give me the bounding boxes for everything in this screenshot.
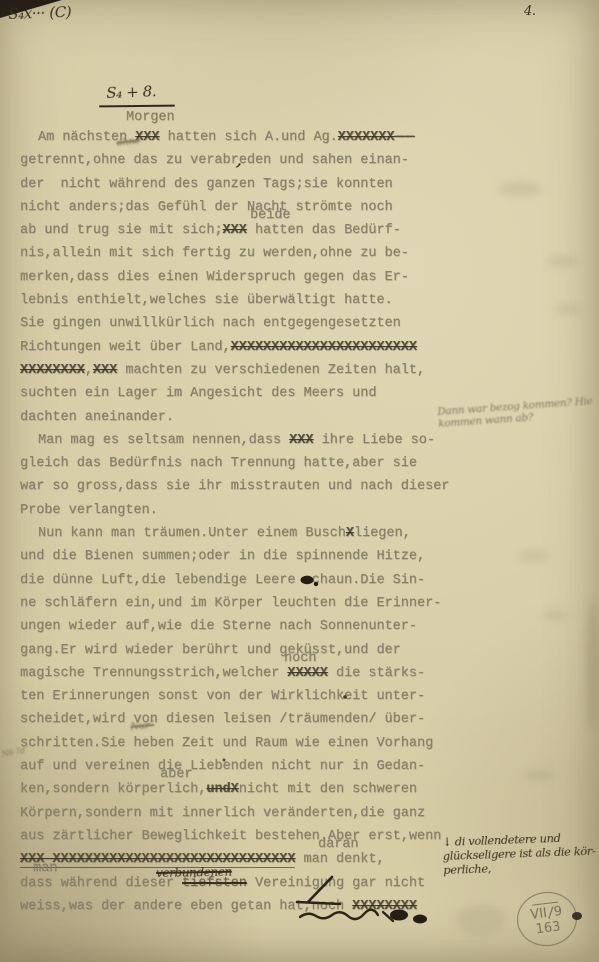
- typescript-line: ungen wieder auf,wie die Sterne nach Son…: [20, 615, 490, 638]
- typescript-line: ken,sondern körperlich,undXnicht mit den…: [20, 778, 490, 801]
- paper-smudge: [543, 610, 569, 620]
- manuscript-page: Morgen Am nächsten XXX hatten sich A.und…: [0, 0, 599, 962]
- typed-text: hatten das Bedürf-: [247, 223, 401, 238]
- struck-text: undX: [206, 782, 238, 797]
- struck-text: XXXXXXXX: [20, 363, 85, 378]
- paper-smudge: [554, 304, 582, 314]
- typed-title: Morgen: [126, 110, 175, 125]
- typed-text: man denkt,: [295, 852, 384, 867]
- stamp-slash-icon: /: [548, 906, 553, 921]
- typescript-line: XXX XXXXXXXXXXXXXXXXXXXXXXXXXXXXXX man d…: [20, 848, 490, 871]
- annotation-line: 4.: [524, 4, 536, 19]
- annotation-ink-note-bottom-right: ↓ di vollendetere undglückseligere ist a…: [442, 830, 596, 877]
- typed-text: Vereinigung gar nicht: [247, 876, 425, 891]
- typed-text: liegen,: [354, 526, 411, 541]
- struck-text: XXXXX: [287, 666, 328, 681]
- typescript-line: Sie gingen unwillkürlich nach entgegenge…: [20, 312, 490, 335]
- paper-smudge: [546, 256, 578, 267]
- stamp-serial: 163: [535, 921, 561, 937]
- typed-text: scheidet,wird von diesen leisen /träumen…: [20, 712, 425, 727]
- typed-text: der nicht während des ganzen Tags;sie ko…: [20, 177, 393, 192]
- typescript-line: Am nächsten XXX hatten sich A.und Ag.XXX…: [20, 126, 490, 149]
- typescript-line: ten Erinnerungen sonst von der Wirklichk…: [20, 685, 490, 708]
- typed-text: ,: [85, 363, 93, 378]
- struck-text: X: [346, 526, 354, 541]
- typescript-line: Nun kann man träumen.Unter einem BuschXl…: [20, 522, 490, 545]
- typed-text: auf und vereinen die Liebenden nicht nur…: [20, 759, 425, 774]
- paper-smudge: [586, 600, 598, 730]
- annotation-section-heading: S₄ + 8.: [106, 82, 157, 102]
- interlinear-insertion: daran: [318, 837, 359, 852]
- typed-text: Sie gingen unwillkürlich nach entgegenge…: [20, 316, 401, 331]
- typed-text: gleich das Bedürfnis nach Trennung hatte…: [20, 456, 417, 471]
- paper-smudge: [524, 770, 554, 781]
- typescript-line: Man mag es seltsam nennen,dass XXX ihre …: [20, 429, 490, 452]
- interlinear-insertion: beide: [250, 208, 291, 223]
- typescript-line: Körpern,sondern mit innerlich veränderte…: [20, 802, 490, 825]
- typescript-body: Am nächsten XXX hatten sich A.und Ag.XXX…: [20, 126, 490, 918]
- stamp-roman: VII: [530, 907, 548, 922]
- typescript-line: scheidet,wird von diesen leisen /träumen…: [20, 708, 490, 731]
- typed-text: Probe verlangten.: [20, 503, 158, 518]
- typed-text: suchten ein Lager im Angesicht des Meers…: [20, 386, 376, 401]
- typed-text: ten Erinnerungen sonst von der Wirklichk…: [20, 689, 425, 704]
- typescript-line: gang.Er wird wieder berührt und geküsst,…: [20, 639, 490, 662]
- typed-text: nicht mit den schweren: [239, 782, 417, 797]
- typed-text: merken,dass dies einen Widerspruch gegen…: [20, 270, 409, 285]
- typescript-line: dachten aneinander.: [20, 406, 490, 429]
- typed-text: dachten aneinander.: [20, 410, 174, 425]
- typed-text: machten zu verschiedenen Zeiten halt,: [117, 363, 425, 378]
- struck-text: XXX: [223, 223, 247, 238]
- typed-text: ne schläfern ein,und im Körper leuchten …: [20, 596, 441, 611]
- typescript-line: Probe verlangten.: [20, 499, 490, 522]
- typescript-line: ne schläfern ein,und im Körper leuchten …: [20, 592, 490, 615]
- struck-text: ———: [394, 130, 412, 145]
- typescript-line: und die Bienen summen;oder in die spinne…: [20, 545, 490, 568]
- typescript-line: weiss,was der andere eben getan hat,noch…: [20, 895, 490, 918]
- typed-text: nicht anders;das Gefühl der Nacht strömt…: [20, 200, 393, 215]
- typescript-line: die dünne Luft,die lebendige Leere schau…: [20, 569, 490, 592]
- typed-text: Nun kann man träumen.Unter einem Busch: [38, 526, 346, 541]
- typed-text: ihre Liebe so-: [313, 433, 435, 448]
- annotation-pencil-above-schritten: Nur˜: [130, 720, 155, 733]
- typescript-line: nis,allein mit sich fertig zu werden,ohn…: [20, 242, 490, 265]
- stamp-number: 9: [553, 905, 563, 919]
- heading-underline: [99, 105, 175, 108]
- typed-text: getrennt,ohne das zu verabreden und sahe…: [20, 153, 409, 168]
- typescript-line: gleich das Bedürfnis nach Trennung hatte…: [20, 452, 490, 475]
- interlinear-insertion: aber: [160, 767, 192, 782]
- typescript-line: dass während dieser tiefsten Vereinigung…: [20, 872, 490, 895]
- struck-text: XXX: [93, 363, 117, 378]
- typescript-line: merken,dass dies einen Widerspruch gegen…: [20, 266, 490, 289]
- struck-text: XXXXXXX: [338, 130, 395, 145]
- annotation-page-number: 4.: [524, 4, 536, 19]
- interlinear-insertion: man: [33, 861, 57, 876]
- typed-text: lebnis enthielt,welches sie überwältigt …: [20, 293, 393, 308]
- annotation-struck-word-verbundenen: verbundenen: [156, 865, 232, 880]
- typed-text: Richtungen weit über Land,: [20, 340, 231, 355]
- typed-text: ken,sondern körperlich,: [20, 782, 206, 797]
- paper-smudge: [518, 550, 550, 562]
- typed-text: ab und trug sie mit sich;: [20, 223, 223, 238]
- typed-text: ungen wieder auf,wie die Sterne nach Son…: [20, 619, 417, 634]
- typed-text: die dünne Luft,die lebendige Leere schau…: [20, 573, 425, 588]
- paper-smudge: [498, 182, 542, 196]
- typed-text: aus zärtlicher Beweglichkeit bestehen.Ab…: [20, 829, 441, 844]
- typescript-line: XXXXXXXX,XXX machten zu verschiedenen Ze…: [20, 359, 490, 382]
- struck-text: XXXXXXXXXXXXXXXXXXXXXXX: [231, 340, 417, 355]
- typed-text: Man mag es seltsam nennen,dass: [38, 433, 289, 448]
- typed-text: hatten sich A.und Ag.: [160, 130, 338, 145]
- archive-stamp: VII/9 163: [514, 889, 580, 950]
- typescript-line: lebnis enthielt,welches sie überwältigt …: [20, 289, 490, 312]
- interlinear-insertion: noch: [284, 651, 316, 666]
- typed-text: war so gross,dass sie ihr misstrauten un…: [20, 479, 449, 494]
- typescript-line: auf und vereinen die Liebenden nicht nur…: [20, 755, 490, 778]
- annotation-line: verbundenen: [156, 865, 232, 880]
- typed-text: die stärks-: [328, 666, 425, 681]
- annotation-line: Nur˜: [130, 720, 155, 733]
- typed-text: nis,allein mit sich fertig zu werden,ohn…: [20, 246, 409, 261]
- typescript-line: Richtungen weit über Land,XXXXXXXXXXXXXX…: [20, 336, 490, 359]
- typed-text: Körpern,sondern mit innerlich veränderte…: [20, 806, 425, 821]
- annotation-line: S₄ + 8.: [106, 82, 157, 102]
- typed-text: gang.Er wird wieder berührt und geküsst,…: [20, 643, 401, 658]
- typescript-line: getrennt,ohne das zu verabreden und sahe…: [20, 149, 490, 172]
- annotation-corner-mark: S₄x··· (C): [8, 3, 72, 23]
- typed-text: weiss,was der andere eben getan hat,noch: [20, 899, 352, 914]
- typed-text: magische Trennungsstrich,welcher: [20, 666, 287, 681]
- typescript-line: der nicht während des ganzen Tags;sie ko…: [20, 173, 490, 196]
- typed-text: und die Bienen summen;oder in die spinne…: [20, 549, 425, 564]
- typescript-line: suchten ein Lager im Angesicht des Meers…: [20, 382, 490, 405]
- typescript-line: schritten.Sie heben Zeit und Raum wie ei…: [20, 732, 490, 755]
- annotation-line: S₄x··· (C): [8, 3, 72, 23]
- typed-text: schritten.Sie heben Zeit und Raum wie ei…: [20, 736, 433, 751]
- struck-text: XXX: [289, 433, 313, 448]
- typescript-line: aus zärtlicher Beweglichkeit bestehen.Ab…: [20, 825, 490, 848]
- typescript-line: war so gross,dass sie ihr misstrauten un…: [20, 475, 490, 498]
- struck-text: XXXXXXXX: [352, 899, 417, 914]
- typescript-line: magische Trennungsstrich,welcher XXXXX d…: [20, 662, 490, 685]
